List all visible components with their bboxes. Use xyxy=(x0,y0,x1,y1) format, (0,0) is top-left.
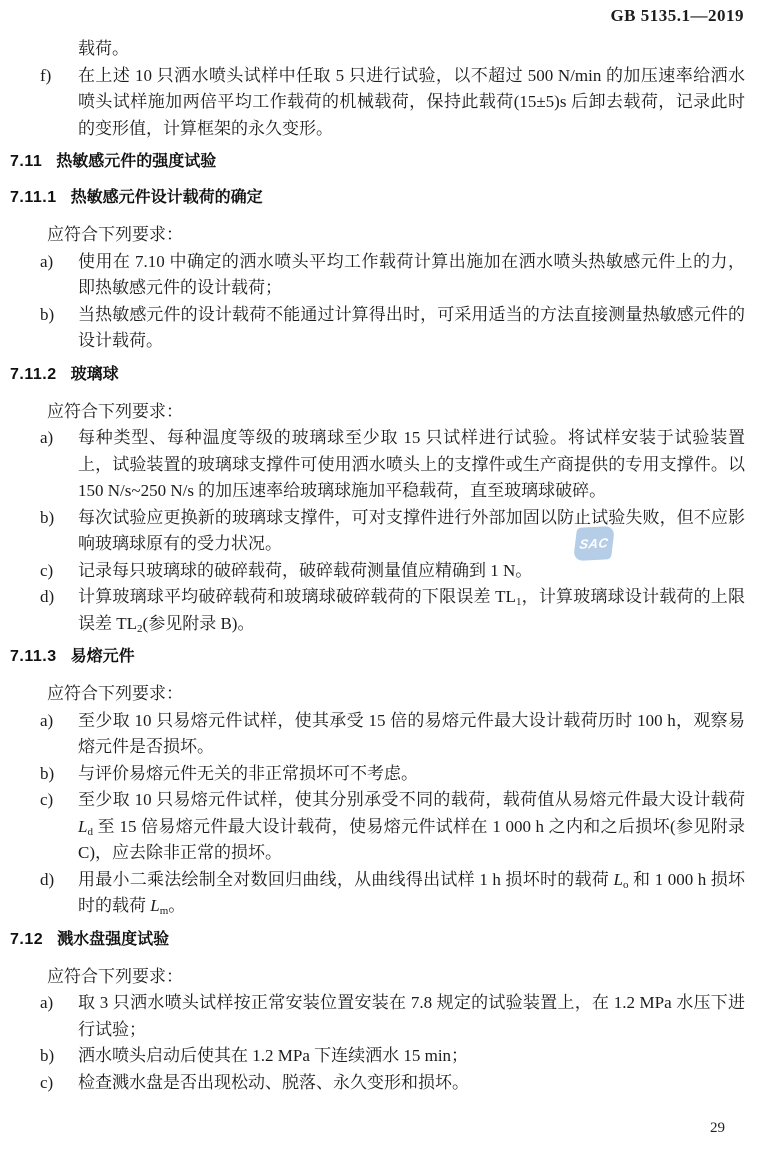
section-number: 7.11.3 xyxy=(10,648,57,665)
section-title: 热敏感元件设计载荷的确定 xyxy=(71,189,263,206)
list-item: c)至少取 10 只易熔元件试样，使其分别承受不同的载荷，载荷值从易熔元件最大设… xyxy=(10,787,745,867)
list-item: b)与评价易熔元件无关的非正常损坏可不考虑。 xyxy=(10,761,745,788)
paragraph-lead: 应符合下列要求： xyxy=(10,964,745,991)
section-heading: 7.12溅水盘强度试验 xyxy=(10,928,745,952)
section-number: 7.11.2 xyxy=(10,366,57,383)
section-number: 7.11.1 xyxy=(10,189,57,206)
list-item-text: 至少取 10 只易熔元件试样，使其分别承受不同的载荷，载荷值从易熔元件最大设计载… xyxy=(78,787,745,867)
list-item: b)每次试验应更换新的玻璃球支撑件，可对支撑件进行外部加固以防止试验失败，但不应… xyxy=(10,505,745,558)
list-item: c)检查溅水盘是否出现松动、脱落、永久变形和损坏。 xyxy=(10,1070,745,1097)
list-item-text: 检查溅水盘是否出现松动、脱落、永久变形和损坏。 xyxy=(78,1070,745,1097)
list-item: a)使用在 7.10 中确定的洒水喷头平均工作载荷计算出施加在洒水喷头热敏感元件… xyxy=(10,249,745,302)
list-item-text: 记录每只玻璃球的破碎载荷，破碎载荷测量值应精确到 1 N。 xyxy=(78,558,745,585)
list-item: a)取 3 只洒水喷头试样按正常安装位置安装在 7.8 规定的试验装置上，在 1… xyxy=(10,990,745,1043)
section-heading: 7.11.1热敏感元件设计载荷的确定 xyxy=(10,186,745,210)
page-number: 29 xyxy=(710,1120,725,1137)
list-item-text: 至少取 10 只易熔元件试样，使其承受 15 倍的易熔元件最大设计载荷历时 10… xyxy=(78,708,745,761)
list-marker: a) xyxy=(40,425,78,452)
list-marker: d) xyxy=(40,867,78,894)
list-item: d)用最小二乘法绘制全对数回归曲线，从曲线得出试样 1 h 损坏时的载荷 Lo … xyxy=(10,867,745,920)
list-item-text: 每种类型、每种温度等级的玻璃球至少取 15 只试样进行试验。将试样安装于试验装置… xyxy=(78,425,745,505)
section-heading: 7.11.3易熔元件 xyxy=(10,645,745,669)
list-item-text: 在上述 10 只洒水喷头试样中任取 5 只进行试验，以不超过 500 N/min… xyxy=(78,63,745,143)
paragraph-lead: 应符合下列要求： xyxy=(10,399,745,426)
list-marker: c) xyxy=(40,1070,78,1097)
list-item: f)在上述 10 只洒水喷头试样中任取 5 只进行试验，以不超过 500 N/m… xyxy=(10,63,745,143)
section-heading: 7.11热敏感元件的强度试验 xyxy=(10,150,745,174)
list-marker: a) xyxy=(40,708,78,735)
list-marker: a) xyxy=(40,990,78,1017)
section-number: 7.12 xyxy=(10,931,43,948)
list-item-text: 计算玻璃球平均破碎载荷和玻璃球破碎载荷的下限误差 TL1，计算玻璃球设计载荷的上… xyxy=(78,584,745,637)
section-number: 7.11 xyxy=(10,153,42,170)
document-page: GB 5135.1—2019 载荷。f)在上述 10 只洒水喷头试样中任取 5 … xyxy=(0,0,757,1149)
document-body: 载荷。f)在上述 10 只洒水喷头试样中任取 5 只进行试验，以不超过 500 … xyxy=(10,36,745,1096)
list-marker: a) xyxy=(40,249,78,276)
paragraph-continuation: 载荷。 xyxy=(10,36,745,63)
section-title: 溅水盘强度试验 xyxy=(57,931,169,948)
list-marker: c) xyxy=(40,787,78,814)
list-marker: f) xyxy=(40,63,78,90)
list-item: b)当热敏感元件的设计载荷不能通过计算得出时，可采用适当的方法直接测量热敏感元件… xyxy=(10,302,745,355)
list-marker: b) xyxy=(40,302,78,329)
list-item-text: 当热敏感元件的设计载荷不能通过计算得出时，可采用适当的方法直接测量热敏感元件的设… xyxy=(78,302,745,355)
list-item: d)计算玻璃球平均破碎载荷和玻璃球破碎载荷的下限误差 TL1，计算玻璃球设计载荷… xyxy=(10,584,745,637)
list-marker: b) xyxy=(40,1043,78,1070)
list-marker: b) xyxy=(40,505,78,532)
list-marker: c) xyxy=(40,558,78,585)
list-item-text: 取 3 只洒水喷头试样按正常安装位置安装在 7.8 规定的试验装置上，在 1.2… xyxy=(78,990,745,1043)
paragraph-lead: 应符合下列要求： xyxy=(10,222,745,249)
list-marker: d) xyxy=(40,584,78,611)
section-heading: 7.11.2玻璃球 xyxy=(10,363,745,387)
list-item-text: 洒水喷头启动后使其在 1.2 MPa 下连续洒水 15 min； xyxy=(78,1043,745,1070)
list-item: a)每种类型、每种温度等级的玻璃球至少取 15 只试样进行试验。将试样安装于试验… xyxy=(10,425,745,505)
list-item-text: 与评价易熔元件无关的非正常损坏可不考虑。 xyxy=(78,761,745,788)
list-item: a)至少取 10 只易熔元件试样，使其承受 15 倍的易熔元件最大设计载荷历时 … xyxy=(10,708,745,761)
section-title: 易熔元件 xyxy=(71,648,135,665)
document-header: GB 5135.1—2019 xyxy=(610,6,744,26)
list-item-text: 用最小二乘法绘制全对数回归曲线，从曲线得出试样 1 h 损坏时的载荷 Lo 和 … xyxy=(78,867,745,920)
standard-number: GB 5135.1—2019 xyxy=(610,6,744,25)
list-marker: b) xyxy=(40,761,78,788)
paragraph-lead: 应符合下列要求： xyxy=(10,681,745,708)
list-item-text: 每次试验应更换新的玻璃球支撑件，可对支撑件进行外部加固以防止试验失败，但不应影响… xyxy=(78,505,745,558)
list-item: b)洒水喷头启动后使其在 1.2 MPa 下连续洒水 15 min； xyxy=(10,1043,745,1070)
section-title: 热敏感元件的强度试验 xyxy=(56,153,216,170)
list-item: c)记录每只玻璃球的破碎载荷，破碎载荷测量值应精确到 1 N。 xyxy=(10,558,745,585)
list-item-text: 使用在 7.10 中确定的洒水喷头平均工作载荷计算出施加在洒水喷头热敏感元件上的… xyxy=(78,249,745,302)
section-title: 玻璃球 xyxy=(71,366,119,383)
